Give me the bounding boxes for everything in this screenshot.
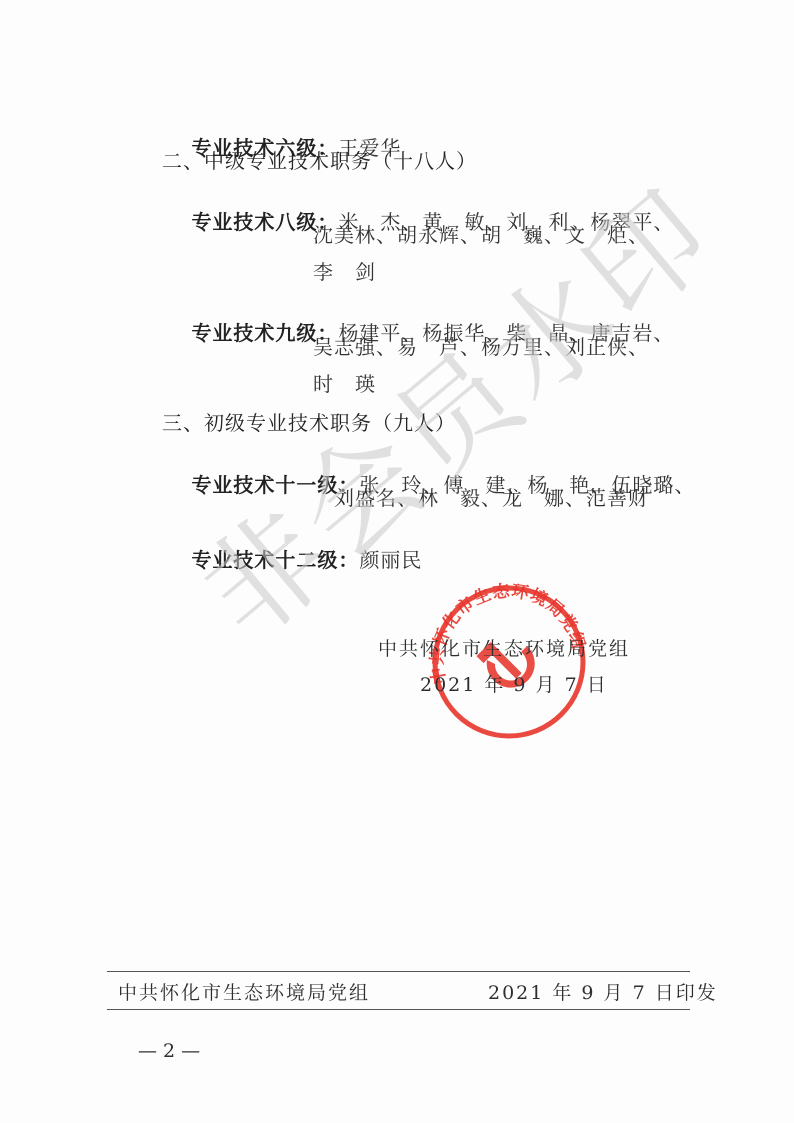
grade9-names-line3: 时 瑛 — [313, 372, 376, 396]
grade8-names-line3: 李 剑 — [313, 260, 376, 284]
footer-issue-date: 2021 年 9 月 7 日印发 — [488, 978, 718, 1005]
page-number: — 2 — — [138, 1040, 200, 1062]
grade11-names-line2: 刘盛名、林 毅、龙 娜、范善财 — [334, 486, 649, 510]
footer-bottom-rule — [107, 1009, 690, 1010]
grade11-row: 专业技术十一级：张 玲、傅 建、杨 艳、伍晓璐、 — [162, 449, 695, 521]
document-page: 专业技术六级：王爱华 二、中级专业技术职务（十八人） 专业技术八级：米 杰、黄 … — [0, 0, 794, 1123]
grade8-row: 专业技术八级：米 杰、黄 敏、刘 利、杨翠平、 — [162, 186, 674, 258]
section3-heading: 三、初级专业技术职务（九人） — [162, 411, 456, 435]
signature-date: 2021 年 9 月 7 日 — [420, 670, 608, 697]
grade6-row: 专业技术六级：王爱华 — [162, 112, 401, 184]
footer-top-rule — [107, 971, 690, 972]
signature-organization: 中共怀化市生态环境局党组 — [378, 634, 630, 661]
grade8-names-line2: 沈美林、胡永辉、胡 巍、文 炬、 — [313, 223, 649, 247]
grade12-row: 专业技术十二级：颜丽民 — [162, 524, 422, 596]
section2-heading: 二、中级专业技术职务（十八人） — [162, 149, 477, 173]
grade12-names: 颜丽民 — [359, 548, 422, 572]
grade9-names-line2: 吴志强、易 芦、杨万里、刘正侠、 — [313, 335, 649, 359]
grade12-label: 专业技术十二级： — [191, 548, 359, 572]
footer-issuer: 中共怀化市生态环境局党组 — [118, 978, 370, 1005]
